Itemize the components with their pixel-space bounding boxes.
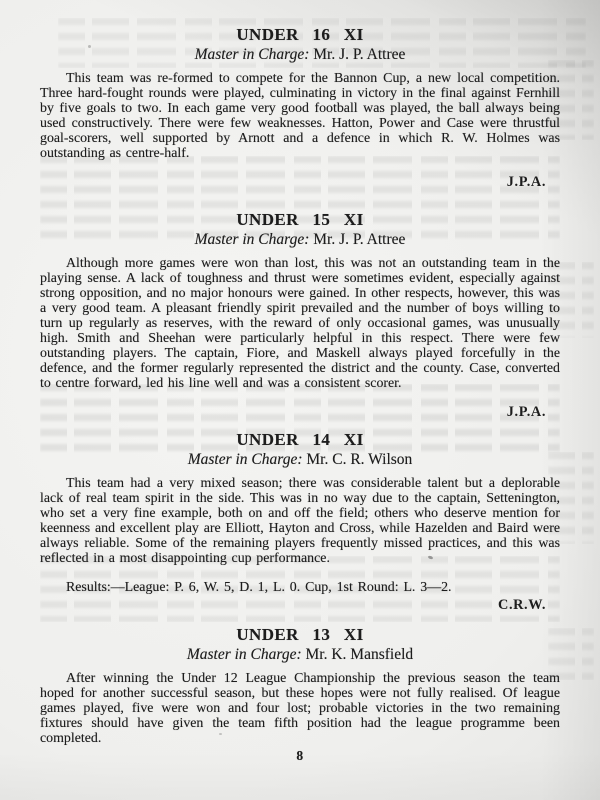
- signature-initials: C.R.W.: [40, 598, 560, 613]
- page-number: 8: [0, 748, 600, 764]
- body-paragraph: This team had a very mixed season; there…: [40, 476, 560, 566]
- master-name: Mr. C. R. Wilson: [306, 451, 412, 468]
- master-name: Mr. J. P. Attree: [313, 46, 405, 63]
- master-label: Master in Charge:: [195, 231, 310, 248]
- body-paragraph: This team was re-formed to compete for t…: [40, 71, 560, 161]
- section-title: UNDER 15 XI: [40, 210, 560, 229]
- section-under-14-xi: UNDER 14 XI Master in Charge: Mr. C. R. …: [40, 430, 560, 613]
- master-in-charge-line: Master in Charge: Mr. C. R. Wilson: [40, 451, 560, 469]
- signature-initials: J.P.A.: [40, 175, 560, 190]
- signature-initials: J.P.A.: [40, 405, 560, 420]
- master-label: Master in Charge:: [188, 451, 303, 468]
- scanned-document-page: UNDER 16 XI Master in Charge: Mr. J. P. …: [0, 0, 600, 800]
- master-name: Mr. K. Mansfield: [306, 646, 414, 663]
- master-in-charge-line: Master in Charge: Mr. J. P. Attree: [40, 231, 560, 249]
- section-title: UNDER 16 XI: [40, 25, 560, 44]
- body-paragraph: After winning the Under 12 League Champi…: [40, 671, 560, 746]
- section-title: UNDER 13 XI: [40, 625, 560, 644]
- master-in-charge-line: Master in Charge: Mr. J. P. Attree: [40, 46, 560, 64]
- master-label: Master in Charge:: [187, 646, 302, 663]
- section-under-13-xi: UNDER 13 XI Master in Charge: Mr. K. Man…: [40, 625, 560, 746]
- section-under-16-xi: UNDER 16 XI Master in Charge: Mr. J. P. …: [40, 25, 560, 190]
- master-in-charge-line: Master in Charge: Mr. K. Mansfield: [40, 646, 560, 664]
- results-line: Results:—League: P. 6, W. 5, D. 1, L. 0.…: [40, 580, 560, 595]
- body-paragraph: Although more games were won than lost, …: [40, 256, 560, 391]
- section-title: UNDER 14 XI: [40, 430, 560, 449]
- page-content: UNDER 16 XI Master in Charge: Mr. J. P. …: [40, 25, 560, 760]
- master-name: Mr. J. P. Attree: [313, 231, 405, 248]
- master-label: Master in Charge:: [195, 46, 310, 63]
- section-under-15-xi: UNDER 15 XI Master in Charge: Mr. J. P. …: [40, 210, 560, 420]
